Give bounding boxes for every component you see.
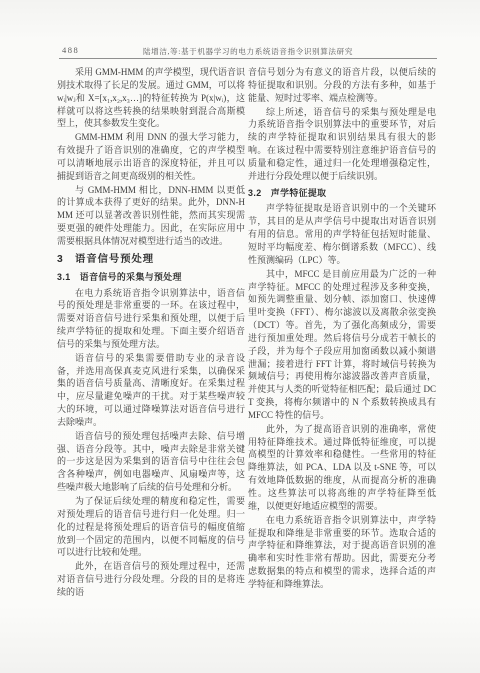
paragraph-dimensionality-reduction: 此外，为了提高语音识别的准确率，常使用特征降维技术。通过降低特征维度，可以提高模…	[248, 423, 436, 513]
paragraph-noise-removal: 语音信号的预处理包括噪声去除、信号增强、语音分段等。其中，噪声去除是非常关键的一…	[57, 430, 245, 494]
section-3-2-heading: 3.2 声学特征提取	[248, 187, 436, 200]
header-rule	[59, 58, 437, 59]
running-title: 陆增洁,等:基于机器学习的电力系统语音指令识别算法研究	[60, 46, 436, 57]
paragraph-gmm-hmm-dnn: GMM-HMM 利用 DNN 的强大学习能力，有效提升了语音识别的准确度，它的声…	[57, 131, 245, 182]
paragraph-segmentation-start: 此外，在语音信号的预处理过程中，还需对语音信号进行分段处理。分段的目的是将连续的…	[57, 560, 245, 599]
left-column: 采用 GMM-HMM 的声学模型，现代语音识别技术取得了长足的发展。通过 GMM…	[57, 66, 245, 600]
paper-page: 488 陆增洁,等:基于机器学习的电力系统语音指令识别算法研究 采用 GMM-H…	[0, 0, 480, 673]
paragraph-dnn-hmm-comparison: 与 GMM-HMM 相比，DNN-HMM 以更低的计算成本获得了更好的结果。此外…	[57, 184, 245, 248]
paragraph-preprocessing-summary: 综上所述，语音信号的采集与预处理是电力系统语音指令识别算法中的重要环节，对后续的…	[248, 106, 436, 183]
paragraph-feature-selection-summary: 在电力系统语音指令识别算法中，声学特征提取和降维是非常重要的环节。选取合适的声学…	[248, 514, 436, 591]
paragraph-mfcc-process: 其中，MFCC 是目前应用最为广泛的一种声学特征。MFCC 的处理过程涉及多种变…	[248, 268, 436, 422]
paragraph-gmm-acoustic-model: 采用 GMM-HMM 的声学模型，现代语音识别技术取得了长足的发展。通过 GMM…	[57, 66, 245, 130]
paragraph-segmentation-continuation: 音信号划分为有意义的语音片段，以便后续的特征提取和识别。分段的方法有多种，如基于…	[248, 66, 436, 105]
paragraph-normalization: 为了保证后续处理的精度和稳定性，需要对预处理后的语音信号进行归一化处理。归一化的…	[57, 495, 245, 559]
paragraph-preprocessing-importance: 在电力系统语音指令识别算法中，语音信号的预处理是非常重要的一环。在该过程中，需要…	[57, 287, 245, 351]
paragraph-signal-collection: 语音信号的采集需要借助专业的录音设备，并选用高保真麦克风进行采集，以确保采集的语…	[57, 352, 245, 429]
section-3-heading: 3 语音信号预处理	[57, 254, 245, 267]
paragraph-feature-extraction-intro: 声学特征提取是语音识别中的一个关键环节，其目的是从声学信号中提取出对语音识别有用…	[248, 202, 436, 266]
section-3-1-heading: 3.1 语音信号的采集与预处理	[57, 271, 245, 284]
right-column: 音信号划分为有意义的语音片段，以便后续的特征提取和识别。分段的方法有多种，如基于…	[248, 66, 436, 592]
